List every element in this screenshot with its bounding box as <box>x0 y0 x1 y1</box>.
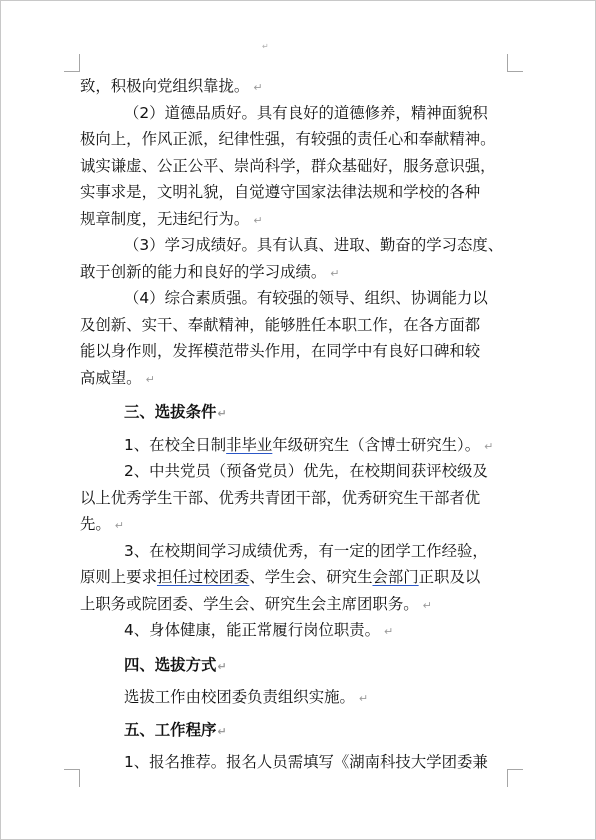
crop-mark-bottom-left <box>64 769 80 787</box>
paragraph-line: （4）综合素质强。有较强的领导、组织、协调能力以 <box>80 285 512 312</box>
grammar-underlined-text[interactable]: 非毕业 <box>226 436 272 454</box>
text: 先。 <box>80 515 111 533</box>
text: 五、工作程序 <box>124 721 216 739</box>
text: 以上优秀学生干部、优秀共青团干部，优秀研究生干部者优 <box>80 489 480 507</box>
text: 三、选拔条件 <box>124 403 216 421</box>
text: （3）学习成绩好。具有认真、进取、勤奋的学习态度、 <box>124 236 503 254</box>
grammar-underlined-text[interactable]: 担任过校团委 <box>157 568 249 586</box>
section-heading: 三、选拔条件↵ <box>80 399 512 426</box>
paragraph-mark-icon: ↵ <box>484 440 493 453</box>
paragraph-mark-icon: ↵ <box>217 407 226 420</box>
text: 能以身作则，发挥模范带头作用，在同学中有良好口碑和较 <box>80 342 480 360</box>
paragraph-line: 实事求是，文明礼貌，自觉遵守国家法律法规和学校的各种 <box>80 179 512 206</box>
paragraph-mark-icon: ↵ <box>359 692 368 705</box>
paragraph-mark-icon: ↵ <box>146 373 155 386</box>
paragraph-line: 上职务或院团委、学生会、研究生会主席团职务。↵ <box>80 591 512 618</box>
text: 致，积极向党组织靠拢。 <box>80 77 249 95</box>
paragraph-line: 先。↵ <box>80 511 512 538</box>
crop-mark-top-left <box>64 54 80 72</box>
paragraph-line: （2）道德品质好。具有良好的道德修养，精神面貌积 <box>80 100 512 127</box>
text: 上职务或院团委、学生会、研究生会主席团职务。 <box>80 595 419 613</box>
paragraph-line: （3）学习成绩好。具有认真、进取、勤奋的学习态度、 <box>80 232 512 259</box>
paragraph-line: 敢于创新的能力和良好的学习成绩。↵ <box>80 259 512 286</box>
text: 高威望。 <box>80 369 142 387</box>
paragraph-mark-icon: ↵ <box>330 267 339 280</box>
text: 原则上要求 <box>80 568 157 586</box>
paragraph-line: 高威望。↵ <box>80 365 512 392</box>
text: 4、身体健康，能正常履行岗位职责。 <box>124 621 380 639</box>
text: 敢于创新的能力和良好的学习成绩。 <box>80 263 326 281</box>
paragraph-mark-icon: ↵ <box>253 81 262 94</box>
paragraph-line: 4、身体健康，能正常履行岗位职责。↵ <box>80 617 512 644</box>
text: 极向上，作风正派，纪律性强，有较强的责任心和奉献精神。 <box>80 130 496 148</box>
header-paragraph-mark-icon: ↵ <box>262 42 269 51</box>
text: 正职及以 <box>419 568 481 586</box>
paragraph-line: 极向上，作风正派，纪律性强，有较强的责任心和奉献精神。 <box>80 126 512 153</box>
text: 实事求是，文明礼貌，自觉遵守国家法律法规和学校的各种 <box>80 183 480 201</box>
document-page: ↵ 致，积极向党组织靠拢。↵ （2）道德品质好。具有良好的道德修养，精神面貌积 … <box>0 0 596 840</box>
grammar-underlined-text[interactable]: 会部门 <box>372 568 418 586</box>
paragraph-mark-icon: ↵ <box>217 660 226 673</box>
text: 四、选拔方式 <box>124 656 216 674</box>
paragraph-line: 选拔工作由校团委负责组织实施。↵ <box>80 684 512 711</box>
paragraph-mark-icon: ↵ <box>384 625 393 638</box>
text: 1、在校全日制 <box>124 436 226 454</box>
paragraph-mark-icon: ↵ <box>253 214 262 227</box>
paragraph-line: 2、中共党员（预备党员）优先，在校期间获评校级及 <box>80 458 512 485</box>
section-heading: 五、工作程序↵ <box>80 717 512 744</box>
text: 选拔工作由校团委负责组织实施。 <box>124 688 355 706</box>
paragraph-line: 以上优秀学生干部、优秀共青团干部，优秀研究生干部者优 <box>80 485 512 512</box>
paragraph-mark-icon: ↵ <box>115 519 124 532</box>
paragraph-line: 原则上要求担任过校团委、学生会、研究生会部门正职及以 <box>80 564 512 591</box>
paragraph-line: 致，积极向党组织靠拢。↵ <box>80 73 512 100</box>
paragraph-line: 1、在校全日制非毕业年级研究生（含博士研究生）。↵ <box>80 432 512 459</box>
crop-mark-top-right <box>507 54 523 72</box>
text: 、学生会、研究生 <box>249 568 372 586</box>
text: （4）综合素质强。有较强的领导、组织、协调能力以 <box>124 289 488 307</box>
paragraph-line: 能以身作则，发挥模范带头作用，在同学中有良好口碑和较 <box>80 338 512 365</box>
paragraph-line: 诚实谦虚、公正公平、崇尚科学，群众基础好，服务意识强， <box>80 153 512 180</box>
text: 诚实谦虚、公正公平、崇尚科学，群众基础好，服务意识强， <box>80 157 496 175</box>
paragraph-line: 1、报名推荐。报名人员需填写《湖南科技大学团委兼 <box>80 749 512 776</box>
text: 及创新、实干、奉献精神，能够胜任本职工作，在各方面都 <box>80 316 480 334</box>
document-body[interactable]: 致，积极向党组织靠拢。↵ （2）道德品质好。具有良好的道德修养，精神面貌积 极向… <box>80 73 512 776</box>
text: 3、在校期间学习成绩优秀，有一定的团学工作经验， <box>124 542 488 560</box>
paragraph-mark-icon: ↵ <box>217 725 226 738</box>
text: 年级研究生（含博士研究生）。 <box>272 436 480 454</box>
text: 1、报名推荐。报名人员需填写《湖南科技大学团委兼 <box>124 753 488 771</box>
text: 规章制度，无违纪行为。 <box>80 210 249 228</box>
section-heading: 四、选拔方式↵ <box>80 652 512 679</box>
paragraph-line: 及创新、实干、奉献精神，能够胜任本职工作，在各方面都 <box>80 312 512 339</box>
paragraph-line: 规章制度，无违纪行为。↵ <box>80 206 512 233</box>
paragraph-mark-icon: ↵ <box>423 599 432 612</box>
paragraph-line: 3、在校期间学习成绩优秀，有一定的团学工作经验， <box>80 538 512 565</box>
text: 2、中共党员（预备党员）优先，在校期间获评校级及 <box>124 462 488 480</box>
text: （2）道德品质好。具有良好的道德修养，精神面貌积 <box>124 104 488 122</box>
